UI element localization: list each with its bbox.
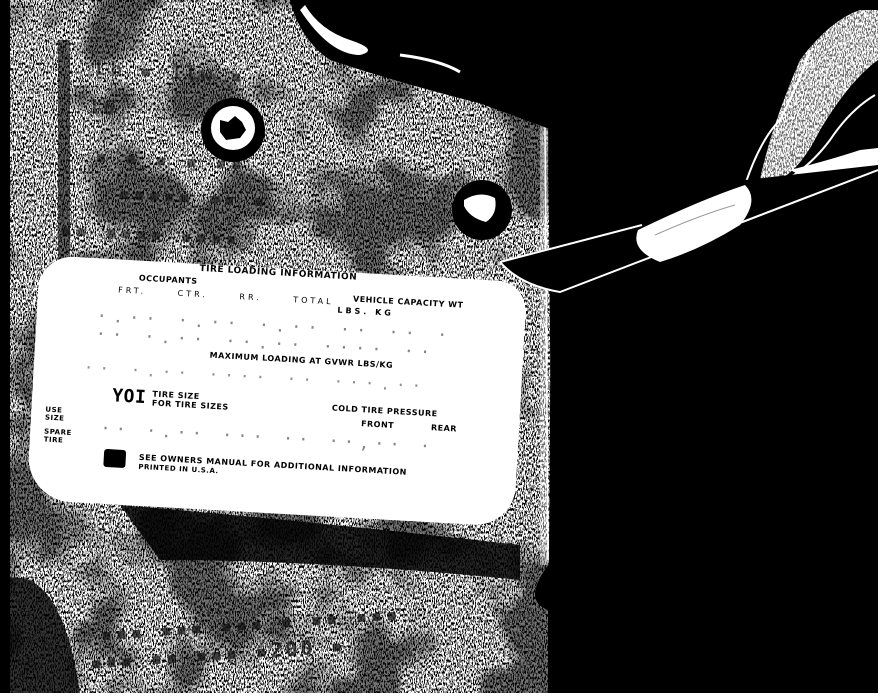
use-size-label: USE SIZE	[45, 406, 68, 423]
front-label: FRONT	[361, 419, 395, 430]
column-total: TOTAL	[293, 295, 334, 306]
column-center: CTR.	[177, 289, 208, 300]
screw-bottom	[452, 180, 512, 240]
rear-label: REAR	[431, 423, 457, 433]
cold-pressure-label: COLD TIRE PRESSURE	[332, 404, 438, 419]
column-rear: RR.	[239, 292, 262, 302]
column-front: FRT.	[118, 285, 147, 296]
handwritten-value: YOI	[112, 385, 147, 408]
occupants-label: OCCUPANTS	[139, 274, 198, 286]
units-label: LBS. KG	[337, 306, 394, 318]
info-square-icon	[103, 449, 126, 468]
tire-size-sublabel: FOR TIRE SIZES	[152, 398, 229, 411]
seat-columns: FRT. CTR. RR. TOTAL	[118, 285, 360, 307]
spare-tire-label: SPARE TIRE	[43, 428, 68, 445]
tire-loading-placard: TIRE LOADING INFORMATION OCCUPANTS VEHIC…	[26, 255, 527, 527]
panel-text-number: 16	[87, 94, 118, 120]
photograph: Lb ▪ 1lw ▪ 16 ▪ ▪ ▪ ▪ ▪▪ ▪▪▪▪▪ ▪▪ ▪ ▪▪ ▪…	[0, 0, 878, 693]
